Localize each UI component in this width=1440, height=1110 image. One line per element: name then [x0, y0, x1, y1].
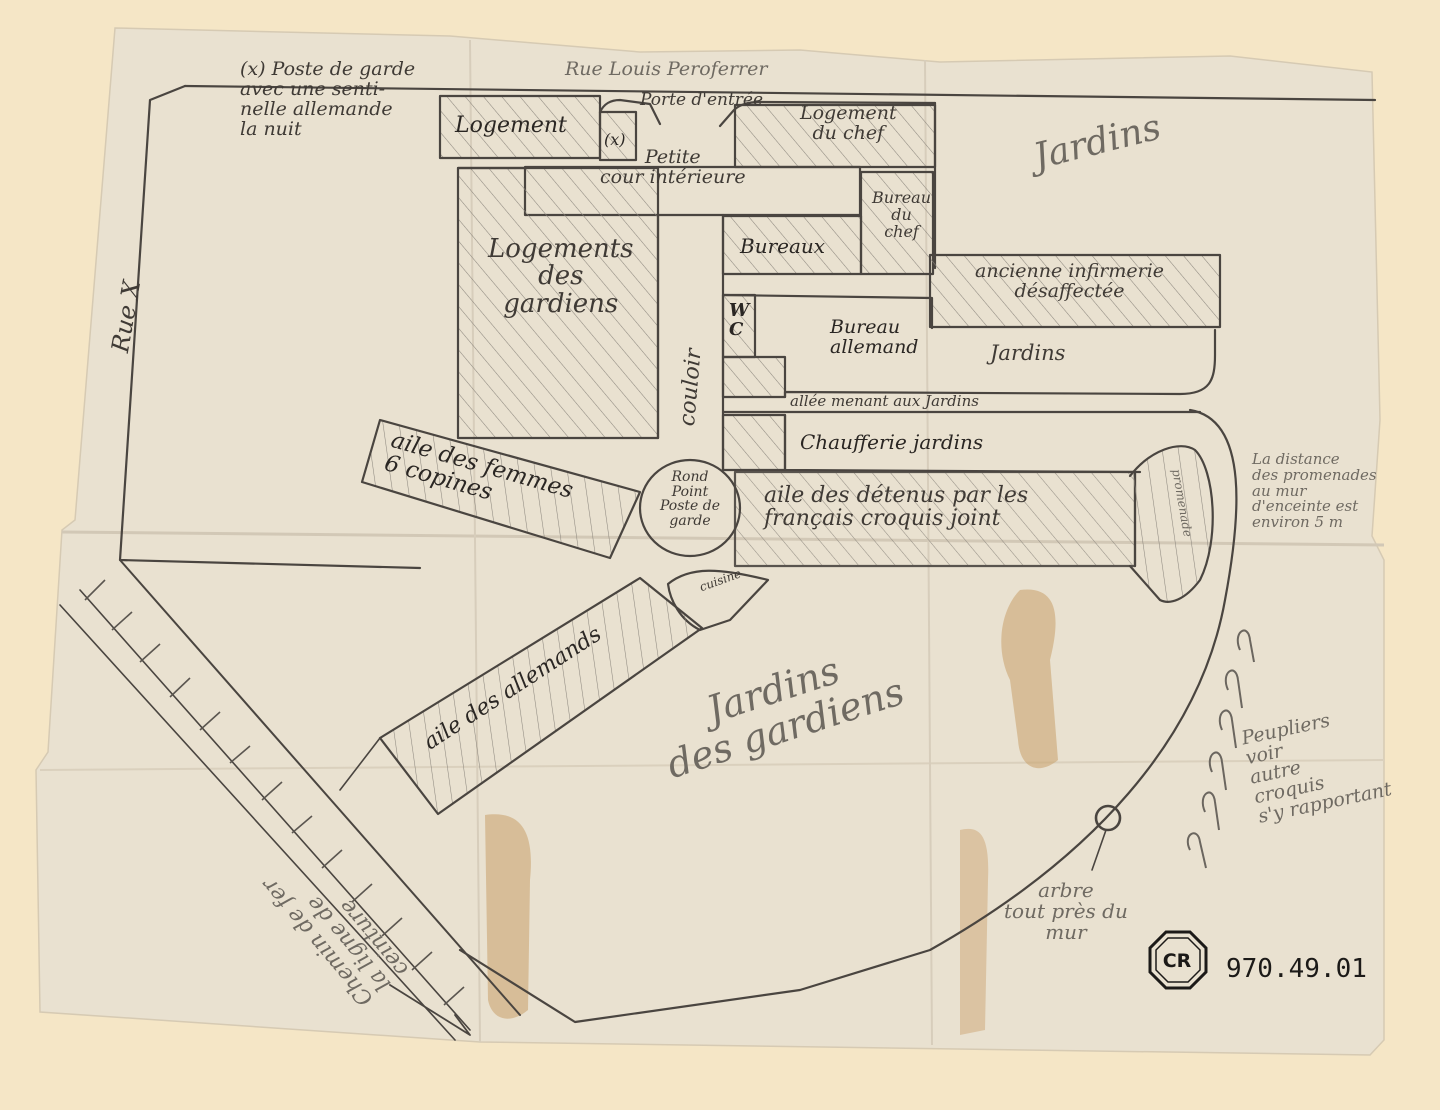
label-logement: Logement — [455, 114, 567, 137]
label-petite-cour: Petite cour intérieure — [600, 148, 746, 188]
label-bureaux: Bureaux — [740, 236, 825, 257]
label-infirmerie: ancienne infirmerie désaffectée — [975, 262, 1164, 302]
label-guard-x: (x) — [604, 132, 626, 149]
water-stain — [960, 829, 988, 1035]
catalog-number: 970.49.01 — [1226, 956, 1367, 983]
street-label-top: Rue Louis Peroferrer — [565, 60, 767, 80]
note-tree: arbre tout près du mur — [1004, 880, 1128, 943]
archive-stamp: CR — [1148, 932, 1206, 990]
note-guard-post: (x) Poste de garde avec une senti- nelle… — [240, 60, 415, 140]
label-rond-point: Rond Point Poste de garde — [652, 470, 728, 529]
label-allee: allée menant aux Jardins — [790, 394, 979, 410]
label-bureau-chef: Bureau du chef — [872, 190, 931, 240]
label-logements-gardiens: Logements des gardiens — [488, 236, 634, 318]
label-logement-chef: Logement du chef — [800, 104, 897, 144]
label-jardins-middle: Jardins — [990, 342, 1065, 364]
note-distance: La distance des promenades au mur d'ence… — [1252, 452, 1377, 531]
water-stain — [485, 814, 531, 1018]
label-bureau-allemand: Bureau allemand — [830, 318, 918, 358]
label-aile-detenus: aile des détenus par les français croqui… — [764, 484, 1028, 530]
label-porte-entree: Porte d'entrée — [640, 92, 763, 110]
label-chaufferie: Chaufferie jardins — [800, 432, 983, 453]
label-wc: W C — [729, 302, 749, 340]
stamp-initials: CR — [1148, 932, 1206, 990]
